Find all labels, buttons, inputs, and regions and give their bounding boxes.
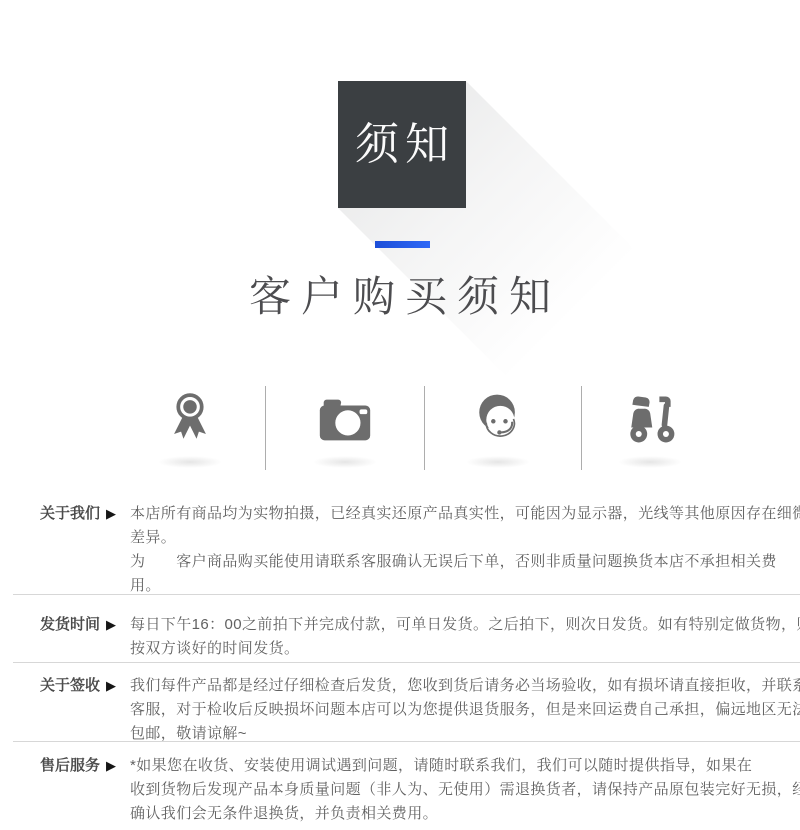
arrow-right-icon: ▶	[106, 674, 116, 698]
section-divider	[13, 662, 800, 663]
arrow-right-icon: ▶	[106, 613, 116, 637]
customer-service-icon	[468, 388, 528, 448]
section-label: 售后服务	[40, 754, 100, 778]
section-label: 发货时间	[40, 613, 100, 637]
scooter-icon	[620, 389, 680, 449]
feature-divider	[581, 386, 582, 470]
accent-underline	[375, 241, 430, 248]
section-line: 差异。	[130, 526, 800, 550]
icon-shadow	[618, 456, 682, 468]
arrow-right-icon: ▶	[106, 754, 116, 778]
feature-divider	[265, 386, 266, 470]
notice-badge-label: 须知	[355, 120, 455, 169]
icon-shadow	[313, 456, 377, 468]
section-label: 关于我们	[40, 502, 100, 526]
arrow-right-icon: ▶	[106, 502, 116, 526]
purchase-notice-page: 须知 客户购买须知	[0, 0, 800, 830]
section-line: 确认我们会无条件退换货，并负责相关费用。	[130, 802, 800, 826]
section-line: *如果您在收货、安装使用调试遇到问题，请随时联系我们，我们可以随时提供指导，如果…	[130, 754, 800, 778]
section-body: 我们每件产品都是经过仔细检查后发货，您收到货后请务必当场验收，如有损坏请直接拒收…	[130, 674, 800, 746]
section-body: 每日下午16：00之前拍下并完成付款，可单日发货。之后拍下，则次日发货。如有特别…	[130, 613, 800, 661]
notice-badge: 须知	[338, 81, 466, 208]
section-body: *如果您在收货、安装使用调试遇到问题，请随时联系我们，我们可以随时提供指导，如果…	[130, 754, 800, 826]
section-body: 本店所有商品均为实物拍摄，已经真实还原产品真实性，可能因为显示器，光线等其他原因…	[130, 502, 800, 598]
section-divider	[13, 741, 800, 742]
section-divider	[13, 594, 800, 595]
page-title: 客户购买须知	[0, 271, 800, 324]
icon-shadow	[158, 456, 222, 468]
camera-icon	[314, 388, 376, 450]
section-line: 包邮，敬请谅解~	[130, 722, 800, 746]
section-line: 为 客户商品购买能使用请联系客服确认无误后下单，否则非质量问题换货本店不承担相关…	[130, 550, 800, 574]
section-line: 收到货物后发现产品本身质量问题（非人为、无使用）需退换货者，请保持产品原包装完好…	[130, 778, 800, 802]
icon-shadow	[466, 456, 530, 468]
feature-divider	[424, 386, 425, 470]
medal-icon	[160, 389, 220, 449]
section-line: 每日下午16：00之前拍下并完成付款，可单日发货。之后拍下，则次日发货。如有特别…	[130, 613, 800, 637]
section-line: 我们每件产品都是经过仔细检查后发货，您收到货后请务必当场验收，如有损坏请直接拒收…	[130, 674, 800, 698]
section-line: 按双方谈好的时间发货。	[130, 637, 800, 661]
section-line: 本店所有商品均为实物拍摄，已经真实还原产品真实性，可能因为显示器，光线等其他原因…	[130, 502, 800, 526]
section-label: 关于签收	[40, 674, 100, 698]
section-line: 客服，对于检收后反映损坏问题本店可以为您提供退货服务，但是来回运费自己承担，偏远…	[130, 698, 800, 722]
